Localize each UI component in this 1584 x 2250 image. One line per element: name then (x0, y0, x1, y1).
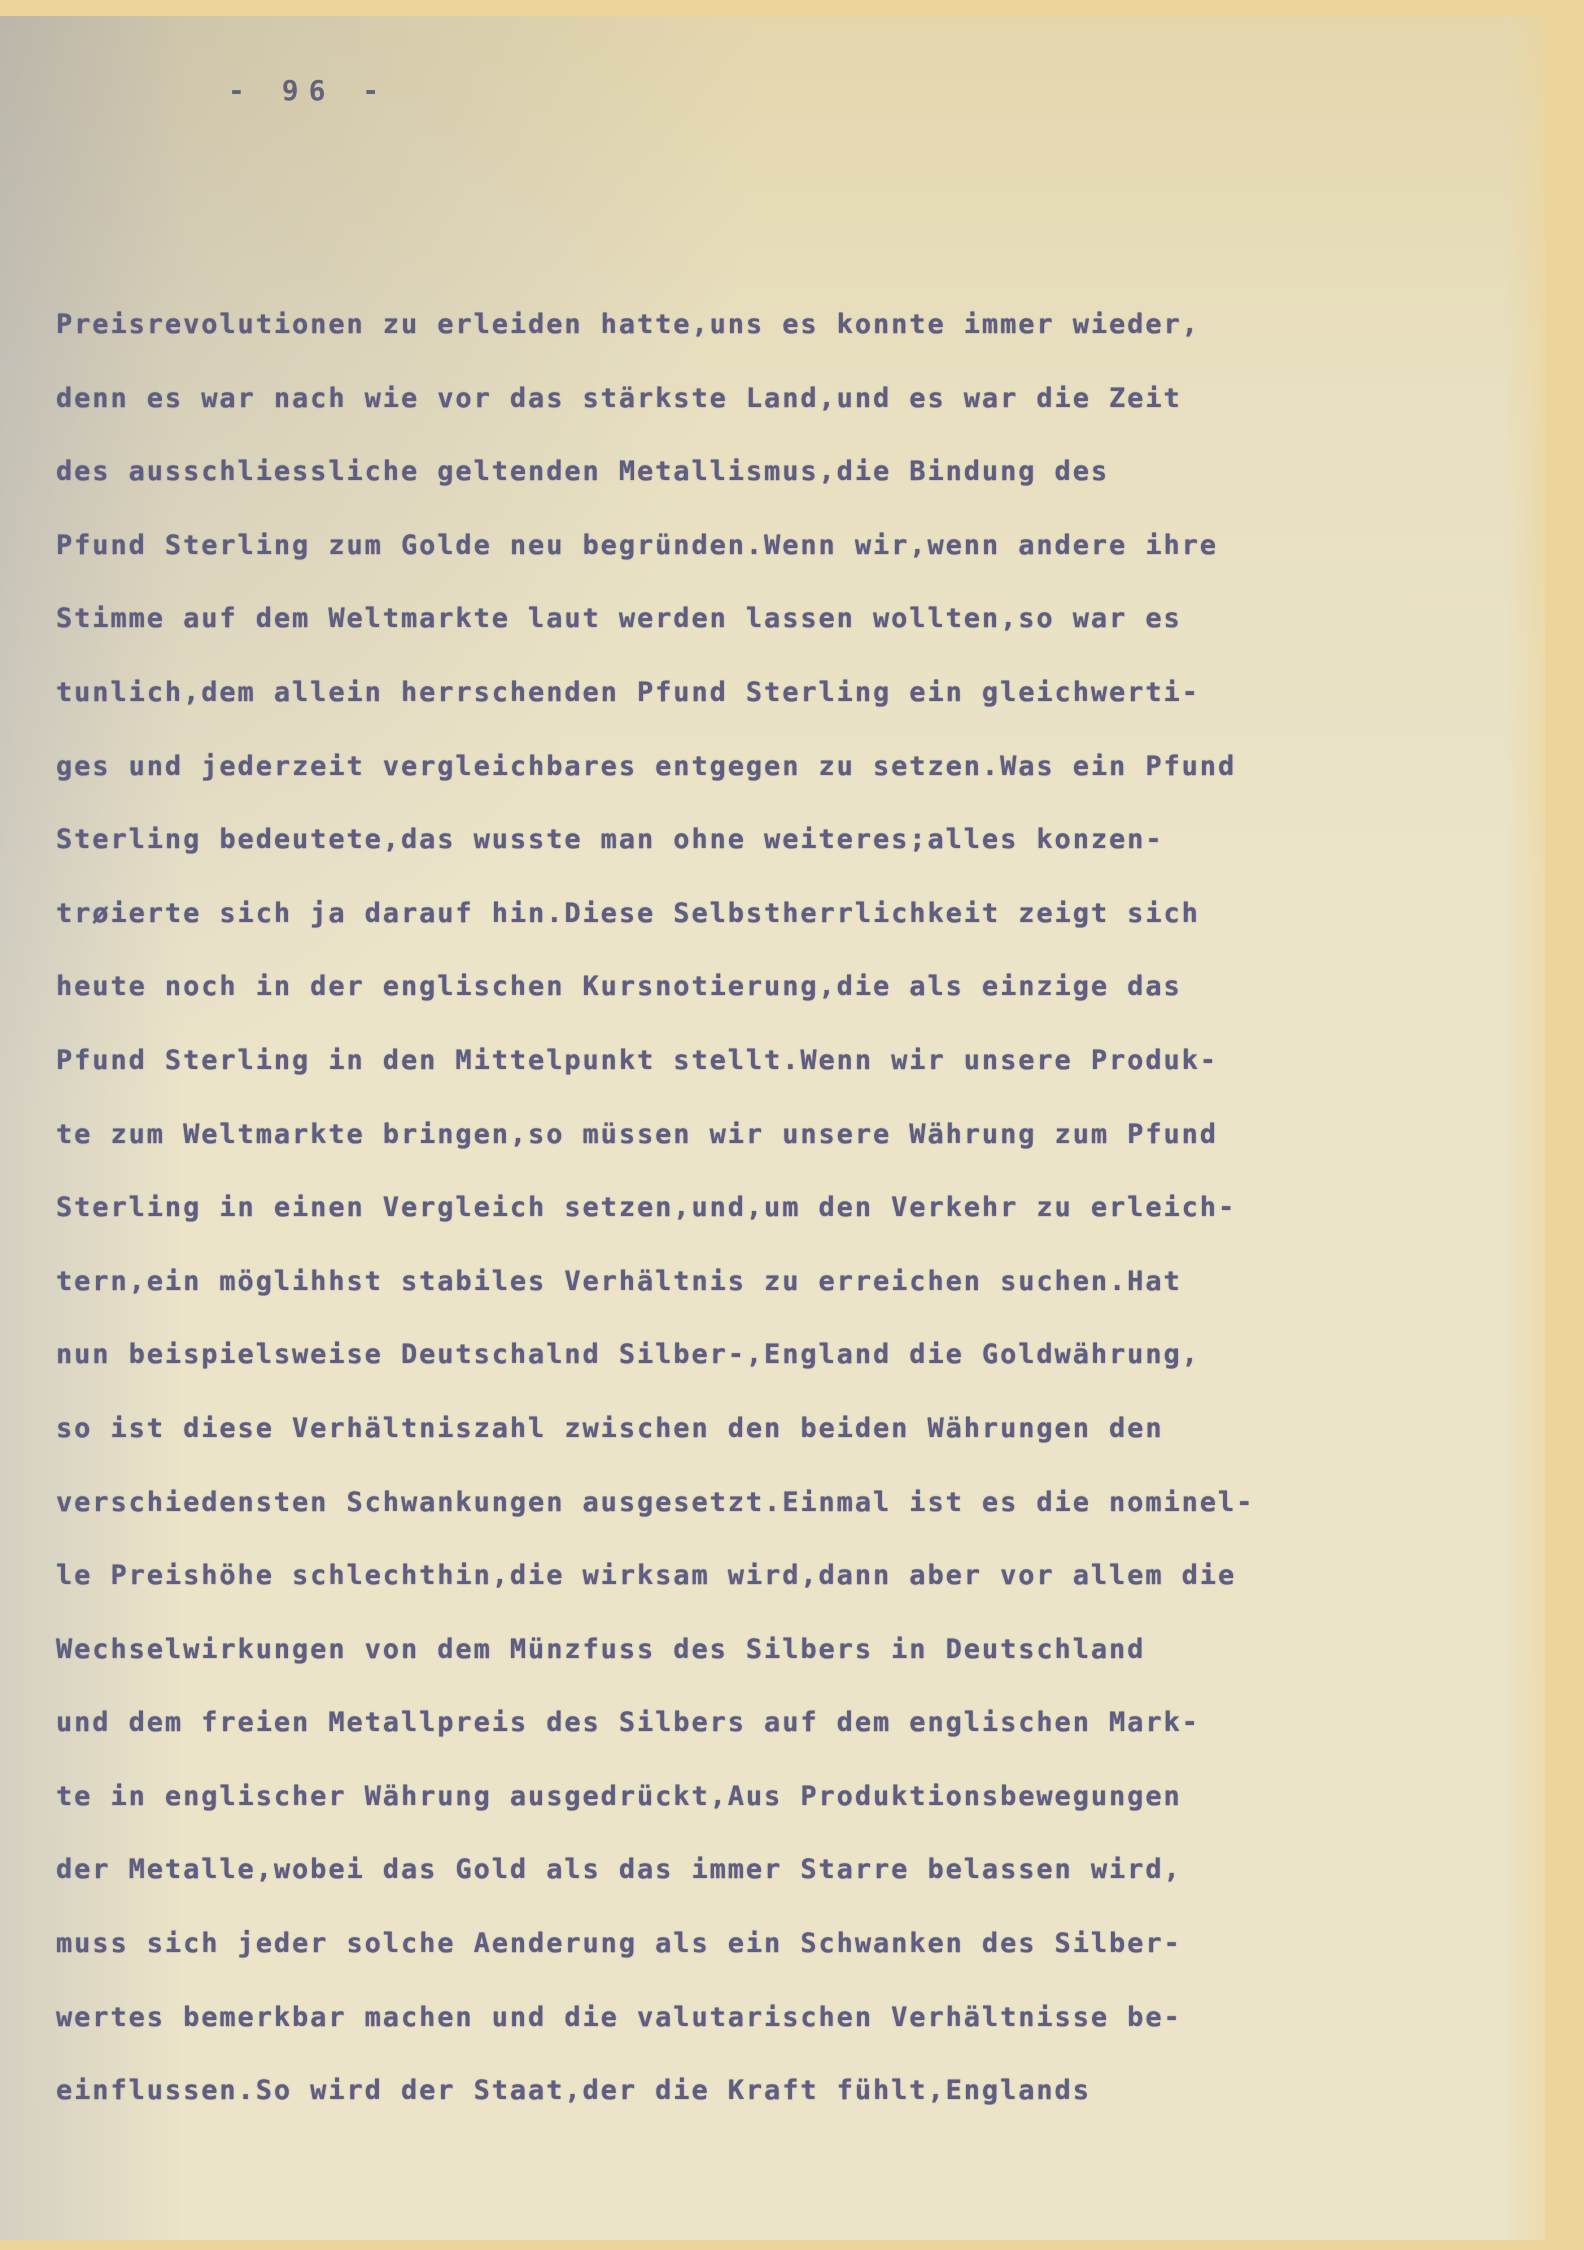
text-line: Preisrevolutionen zu erleiden hatte,uns … (56, 288, 1526, 362)
text-line: Wechselwirkungen von dem Münzfuss des Si… (56, 1613, 1526, 1687)
text-line: Pfund Sterling zum Golde neu begründen.W… (56, 509, 1526, 583)
text-line: des ausschliessliche geltenden Metallism… (56, 435, 1526, 509)
text-line: einflussen.So wird der Staat,der die Kra… (56, 2054, 1526, 2128)
text-line: wertes bemerkbar machen und die valutari… (56, 1981, 1526, 2055)
text-line: ges und jederzeit vergleichbares entgege… (56, 730, 1526, 804)
text-line: te in englischer Währung ausgedrückt,Aus… (56, 1760, 1526, 1834)
scanned-page: - 96 - Preisrevolutionen zu erleiden hat… (0, 0, 1584, 2250)
text-line: te zum Weltmarkte bringen,so müssen wir … (56, 1098, 1526, 1172)
text-line: Pfund Sterling in den Mittelpunkt stellt… (56, 1024, 1526, 1098)
text-line: tern,ein möglihhst stabiles Verhältnis z… (56, 1245, 1526, 1319)
text-line: und dem freien Metallpreis des Silbers a… (56, 1686, 1526, 1760)
body-text: Preisrevolutionen zu erleiden hatte,uns … (56, 288, 1526, 2128)
text-line: Stimme auf dem Weltmarkte laut werden la… (56, 582, 1526, 656)
text-line: trøierte sich ja darauf hin.Diese Selbst… (56, 877, 1526, 951)
text-line: denn es war nach wie vor das stärkste La… (56, 362, 1526, 436)
text-line: heute noch in der englischen Kursnotieru… (56, 950, 1526, 1024)
text-line: muss sich jeder solche Aenderung als ein… (56, 1907, 1526, 1981)
typewritten-sheet: - 96 - Preisrevolutionen zu erleiden hat… (0, 16, 1545, 2240)
text-line: der Metalle,wobei das Gold als das immer… (56, 1833, 1526, 1907)
text-line: tunlich,dem allein herrschenden Pfund St… (56, 656, 1526, 730)
text-line: verschiedensten Schwankungen ausgesetzt.… (56, 1466, 1526, 1540)
text-line: so ist diese Verhältniszahl zwischen den… (56, 1392, 1526, 1466)
text-line: Sterling bedeutete,das wusste man ohne w… (56, 803, 1526, 877)
text-line: le Preishöhe schlechthin,die wirksam wir… (56, 1539, 1526, 1613)
text-line: nun beispielsweise Deutschalnd Silber-,E… (56, 1318, 1526, 1392)
text-line: Sterling in einen Vergleich setzen,und,u… (56, 1171, 1526, 1245)
page-number: - 96 - (228, 74, 389, 107)
